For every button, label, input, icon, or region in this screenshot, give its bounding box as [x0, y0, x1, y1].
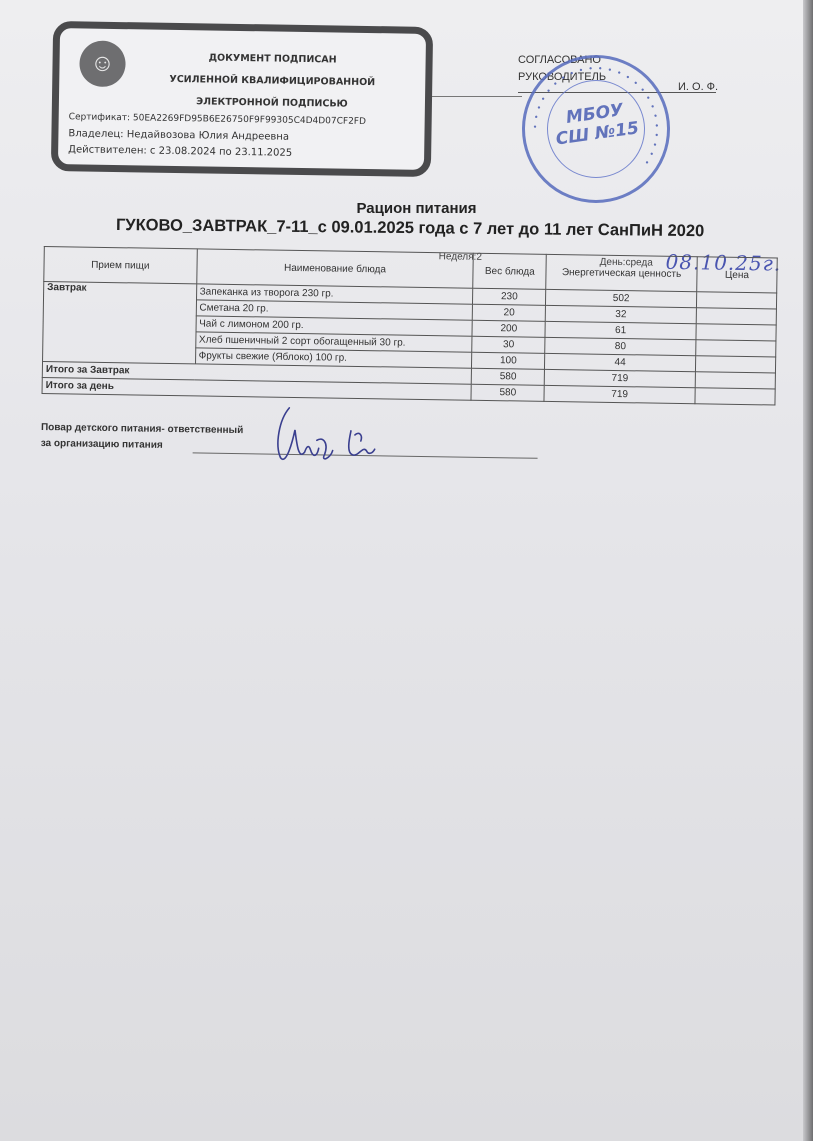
electronic-signature-box: ☺ ДОКУМЕНТ ПОДПИСАН УСИЛЕННОЙ КВАЛИФИЦИР…	[51, 21, 433, 177]
esign-valid-period: Действителен: с 23.08.2024 по 23.11.2025	[68, 144, 292, 159]
school-stamp: • • • • • • • • • • • • • • • • • • • • …	[522, 55, 670, 203]
esign-heading-line2: УСИЛЕННОЙ КВАЛИФИЦИРОВАННОЙ	[119, 73, 425, 89]
menu-table: Прием пищи Наименование блюда Вес блюда …	[42, 246, 778, 406]
total-weight: 580	[471, 384, 544, 401]
page-edge-shadow	[803, 0, 813, 1141]
header-energy: Энергетическая ценность	[546, 254, 697, 291]
dish-weight: 30	[472, 336, 545, 353]
document-title: Рацион питания	[0, 200, 813, 217]
header-price: Цена	[697, 257, 778, 293]
esign-owner: Владелец: Недайвозова Юлия Андреевна	[68, 128, 289, 142]
total-energy: 719	[544, 385, 695, 403]
esign-heading-line1: ДОКУМЕНТ ПОДПИСАН	[120, 51, 426, 67]
esign-heading-line3: ЭЛЕКТРОННОЙ ПОДПИСЬЮ	[119, 95, 425, 111]
header-weight: Вес блюда	[473, 253, 546, 289]
dish-weight: 100	[472, 352, 545, 369]
header-dish: Наименование блюда	[196, 249, 473, 288]
dish-weight: 230	[473, 288, 546, 305]
header-meal: Прием пищи	[44, 247, 197, 284]
dish-price	[696, 324, 776, 341]
total-weight: 580	[472, 368, 545, 385]
dish-weight: 20	[473, 304, 546, 321]
esign-certificate: Сертификат: 50EA2269FD95B6E26750F9F99305…	[69, 112, 366, 127]
approval-fio: И. О. Ф.	[678, 79, 718, 96]
dish-price	[696, 340, 776, 357]
cook-responsible-label: Повар детского питания- ответственный за…	[41, 420, 244, 455]
dish-price	[696, 308, 776, 325]
dish-weight: 200	[472, 320, 545, 337]
total-price	[695, 388, 775, 405]
document-subtitle: ГУКОВО_ЗАВТРАК_7-11_с 09.01.2025 года с …	[116, 216, 704, 241]
meal-name: Завтрак	[43, 282, 197, 364]
handwritten-signature-icon	[270, 400, 381, 472]
dish-price	[696, 292, 776, 309]
divider-line	[432, 96, 522, 97]
total-price	[695, 372, 775, 389]
dish-price	[695, 356, 775, 373]
